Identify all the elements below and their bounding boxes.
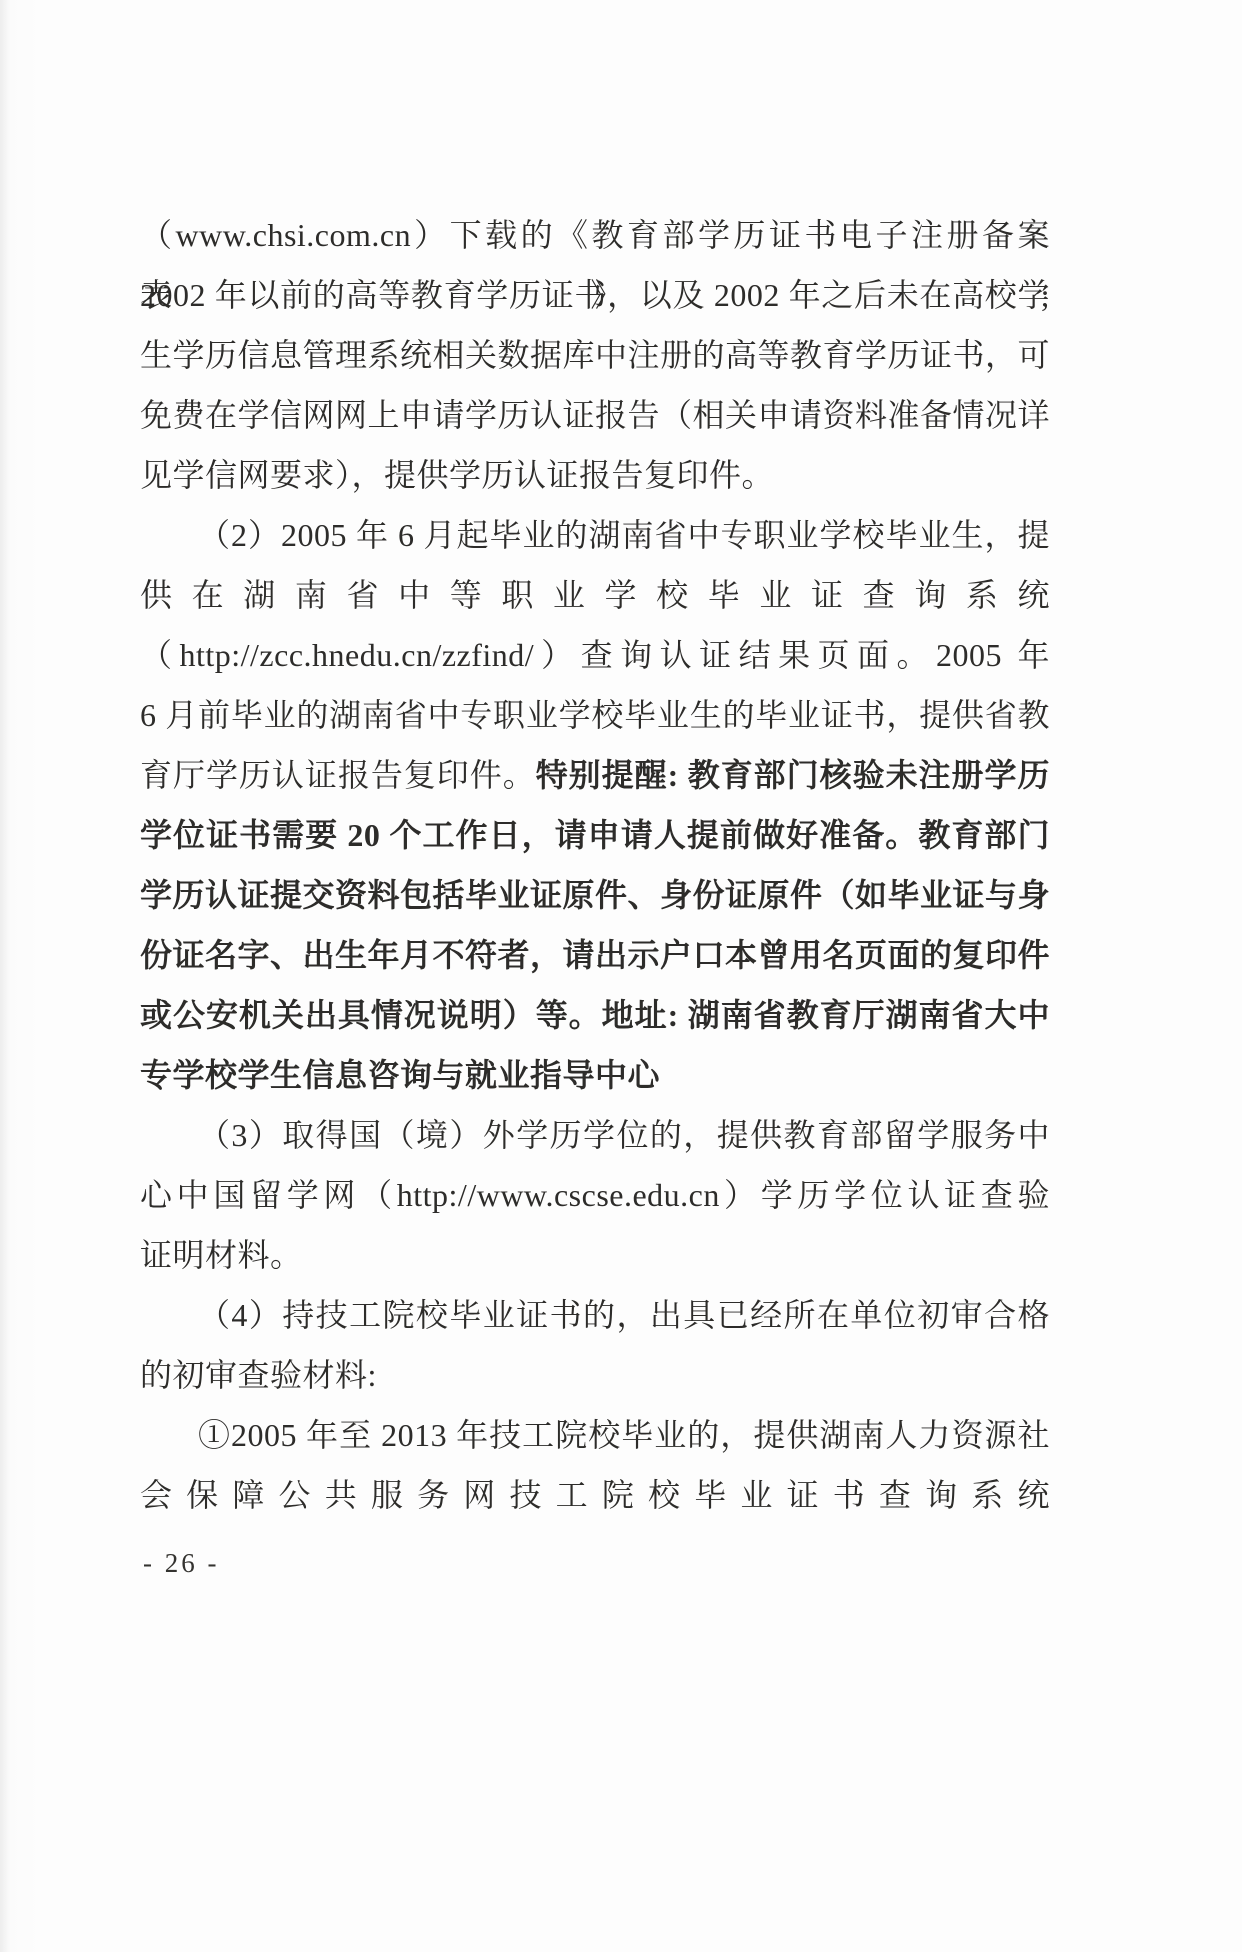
body-line: 免费在学信网网上申请学历认证报告（相关申请资料准备情况详 [140, 385, 1050, 445]
document-page: （www.chsi.com.cn）下载的《教育部学历证书电子注册备案表》; 20… [0, 0, 1242, 1952]
body-line: 专学校学生信息咨询与就业指导中心 [140, 1045, 1050, 1105]
body-line: 6 月前毕业的湖南省中专职业学校毕业生的毕业证书，提供省教 [140, 685, 1050, 745]
body-line-normal-segment: 育厅学历认证报告复印件。 [140, 757, 536, 793]
body-line: 心中国留学网（http://www.cscse.edu.cn）学历学位认证查验 [140, 1165, 1050, 1225]
body-line: 会保障公共服务网技工院校毕业证书查询系统 [140, 1465, 1050, 1525]
body-line: 证明材料。 [140, 1225, 1050, 1285]
body-line: 的初审查验材料: [140, 1345, 1050, 1405]
body-line: 生学历信息管理系统相关数据库中注册的高等教育学历证书，可 [140, 325, 1050, 385]
body-line: （2）2005 年 6 月起毕业的湖南省中专职业学校毕业生，提 [140, 505, 1050, 565]
body-line: （www.chsi.com.cn）下载的《教育部学历证书电子注册备案表》; [140, 205, 1050, 265]
body-text-block: （www.chsi.com.cn）下载的《教育部学历证书电子注册备案表》; 20… [140, 205, 1050, 1525]
body-line: 学位证书需要 20 个工作日，请申请人提前做好准备。教育部门 [140, 805, 1050, 865]
body-line: 或公安机关出具情况说明）等。地址: 湖南省教育厅湖南省大中 [140, 985, 1050, 1045]
body-line: 学历认证提交资料包括毕业证原件、身份证原件（如毕业证与身 [140, 865, 1050, 925]
body-line: （http://zcc.hnedu.cn/zzfind/）查询认证结果页面。20… [140, 625, 1050, 685]
body-line: （3）取得国（境）外学历学位的，提供教育部留学服务中 [140, 1105, 1050, 1165]
body-line: 供在湖南省中等职业学校毕业证查询系统 [140, 565, 1050, 625]
body-line: 见学信网要求），提供学历认证报告复印件。 [140, 445, 1050, 505]
body-line: （4）持技工院校毕业证书的，出具已经所在单位初审合格 [140, 1285, 1050, 1345]
body-line-bold-segment: 特别提醒: 教育部门核验未注册学历 [536, 757, 1050, 793]
body-line: ①2005 年至 2013 年技工院校毕业的，提供湖南人力资源社 [140, 1405, 1050, 1465]
body-line: 育厅学历认证报告复印件。特别提醒: 教育部门核验未注册学历 [140, 745, 1050, 805]
body-line: 份证名字、出生年月不符者，请出示户口本曾用名页面的复印件 [140, 925, 1050, 985]
body-line: 2002 年以前的高等教育学历证书，以及 2002 年之后未在高校学 [140, 265, 1050, 325]
page-number: - 26 - [143, 1548, 219, 1579]
